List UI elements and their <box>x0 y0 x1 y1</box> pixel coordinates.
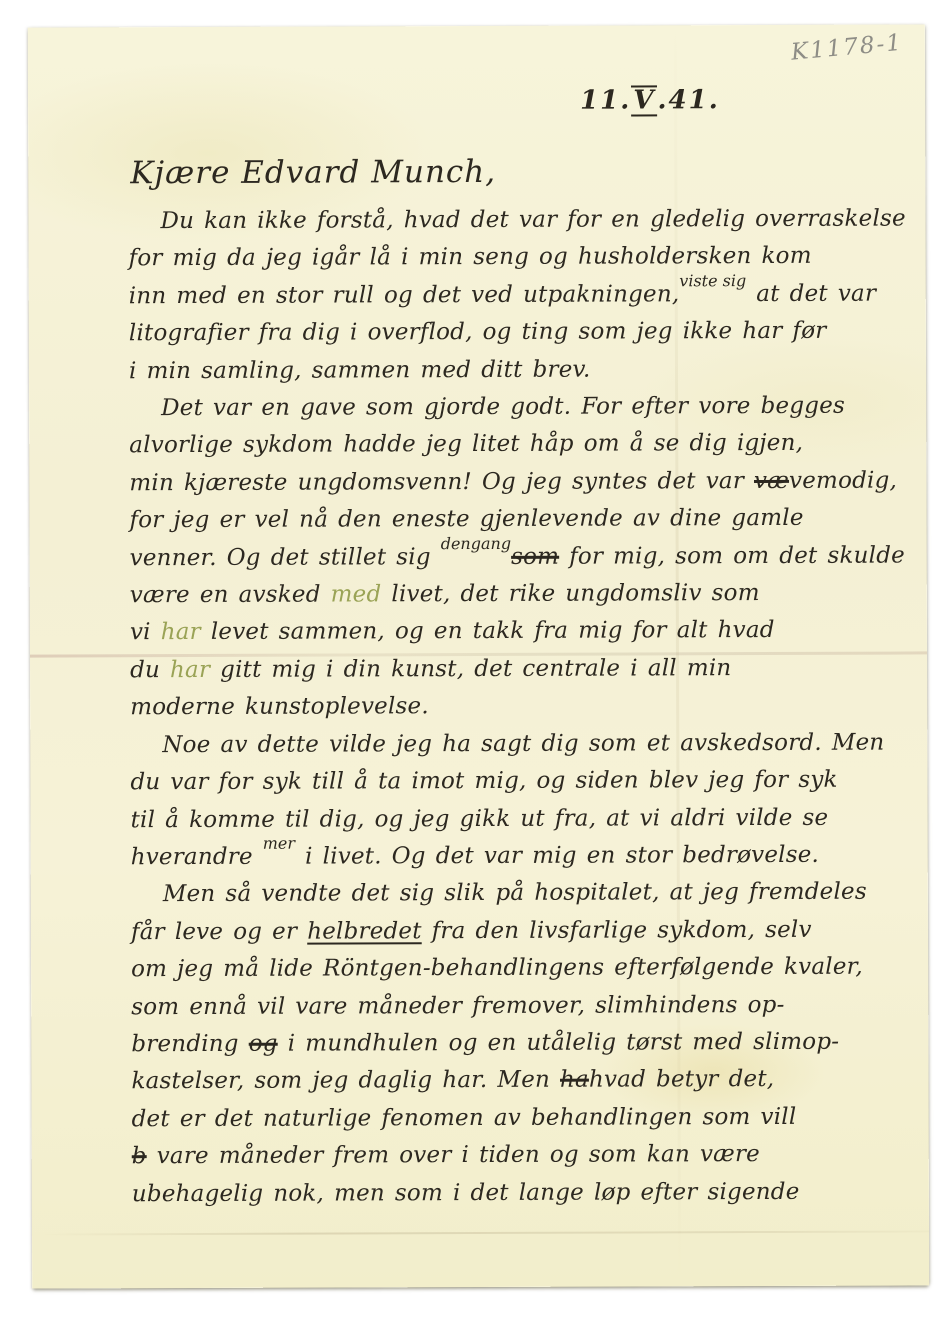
struck-word: ha <box>560 1067 589 1093</box>
text-segment: om jeg må lide Röntgen-behandlingens eft… <box>131 954 863 983</box>
letter-body: Du kan ikke forstå, hvad det var for en … <box>128 201 899 1214</box>
struck-word: væ <box>754 468 789 494</box>
letter-line: litografier fra dig i overflod, og ting … <box>129 313 896 353</box>
text-segment: fra den livsfarlige sykdom, selv <box>422 917 812 944</box>
letter-line: får leve og er helbredet fra den livsfar… <box>131 911 898 951</box>
text-segment: Noe av dette vilde jeg ha sagt dig som e… <box>162 729 884 758</box>
text-segment: min kjæreste ungdomsvenn! Og jeg syntes … <box>129 468 754 496</box>
underlined-word: helbredet <box>307 918 422 944</box>
text-segment: litografier fra dig i overflod, og ting … <box>129 318 827 346</box>
text-segment: du <box>130 657 170 683</box>
letter-line: hverandre mer i livet. Og det var mig en… <box>131 836 898 876</box>
text-segment: V <box>631 85 657 116</box>
text-segment: .41. <box>657 85 719 115</box>
letter-line: for mig da jeg igår lå i min seng og hus… <box>129 238 896 278</box>
struck-word: og <box>249 1031 278 1057</box>
text-segment: for mig da jeg igår lå i min seng og hus… <box>129 243 812 271</box>
letter-line: Noe av dette vilde jeg ha sagt dig som e… <box>130 724 897 764</box>
green-ink-word: har <box>161 619 201 645</box>
text-segment: brending <box>131 1031 248 1057</box>
text-segment: for jeg er vel nå den eneste gjenlevende… <box>129 505 803 533</box>
green-ink-word: med <box>331 581 382 607</box>
text-segment: livet, det rike ungdomsliv som <box>381 580 759 607</box>
archive-number: K1178-1 <box>790 30 904 66</box>
text-segment: gitt mig i din kunst, det centrale i all… <box>210 655 731 683</box>
letter-line: moderne kunstoplevelse. <box>130 687 897 727</box>
text-segment: vi <box>130 620 161 646</box>
text-segment: i min samling, sammen med ditt brev. <box>129 356 591 384</box>
letter-line: Men så vendte det sig slik på hospitalet… <box>131 874 898 914</box>
fold-crease-bottom <box>32 1230 929 1235</box>
letter-line: det er det naturlige fenomen av behandli… <box>132 1098 899 1138</box>
letter-line: inn med en stor rull og det ved utpaknin… <box>129 275 896 315</box>
text-segment: vemodig, <box>789 467 897 493</box>
letter-date: 11.V.41. <box>580 85 720 116</box>
letter-line: kastelser, som jeg daglig har. Men hahva… <box>131 1061 898 1101</box>
text-segment: 11. <box>580 85 631 115</box>
letter-line: min kjæreste ungdomsvenn! Og jeg syntes … <box>129 462 896 502</box>
text-segment: hvad betyr det, <box>589 1066 774 1093</box>
text-segment: som ennå vil vare måneder fremover, slim… <box>131 991 784 1019</box>
letter-line: b vare måneder frem over i tiden og som … <box>132 1136 899 1176</box>
text-segment: hverandre <box>131 844 263 870</box>
letter-line: du var for syk till å ta imot mig, og si… <box>130 762 897 802</box>
text-segment: kastelser, som jeg daglig har. Men <box>131 1067 560 1094</box>
struck-word: som <box>511 543 559 569</box>
text-segment: du var for syk till å ta imot mig, og si… <box>130 767 837 795</box>
green-ink-word: har <box>170 657 210 683</box>
letter-line: være en avsked med livet, det rike ungdo… <box>130 575 897 615</box>
text-segment: det er det naturlige fenomen av behandli… <box>132 1104 797 1132</box>
letter-line: til å komme til dig, og jeg gikk ut fra,… <box>131 799 898 839</box>
letter-page: K1178-1 11.V.41. Kjære Edvard Munch, Du … <box>28 24 929 1288</box>
text-segment: være en avsked <box>130 582 331 609</box>
letter-line: i min samling, sammen med ditt brev. <box>129 350 896 390</box>
text-segment: at det var <box>746 280 876 306</box>
struck-word: b <box>132 1143 147 1169</box>
letter-line: Du kan ikke forstå, hvad det var for en … <box>128 201 895 241</box>
text-segment: til å komme til dig, og jeg gikk ut fra,… <box>131 804 829 832</box>
letter-line: som ennå vil vare måneder fremover, slim… <box>131 986 898 1026</box>
text-segment: vare måneder frem over i tiden og som ka… <box>147 1141 760 1169</box>
letter-line: ubehagelig nok, men som i det lange løp … <box>132 1173 899 1213</box>
letter-line: venner. Og det stillet sig dengangsom fo… <box>130 537 897 577</box>
letter-line: vi har levet sammen, og en takk fra mig … <box>130 612 897 652</box>
text-segment: moderne kunstoplevelse. <box>130 693 429 720</box>
text-segment: alvorlige sykdom hadde jeg litet håp om … <box>129 430 803 458</box>
letter-line: du har gitt mig i din kunst, det central… <box>130 649 897 689</box>
text-segment: inn med en stor rull og det ved utpaknin… <box>129 281 680 309</box>
text-segment: ubehagelig nok, men som i det lange løp … <box>132 1178 800 1206</box>
text-segment: Det var en gave som gjorde godt. For eft… <box>161 393 845 421</box>
text-segment: i mundhulen og en utålelig tørst med sli… <box>278 1029 840 1057</box>
letter-line: om jeg må lide Röntgen-behandlingens eft… <box>131 949 898 989</box>
text-segment: Du kan ikke forstå, hvad det var for en … <box>160 206 905 235</box>
text-segment: får leve og er <box>131 918 307 945</box>
text-segment: Men så vendte det sig slik på hospitalet… <box>163 879 867 907</box>
letter-line: Det var en gave som gjorde godt. For eft… <box>129 388 896 428</box>
salutation: Kjære Edvard Munch, <box>130 154 496 191</box>
letter-line: alvorlige sykdom hadde jeg litet håp om … <box>129 425 896 465</box>
text-segment: for mig, som om det skulde <box>559 542 905 569</box>
letter-line: for jeg er vel nå den eneste gjenlevende… <box>129 500 896 540</box>
text-segment: levet sammen, og en takk fra mig for alt… <box>201 617 775 645</box>
text-segment: i livet. Og det var mig en stor bedrøvel… <box>295 842 819 870</box>
text-segment: venner. Og det stillet sig <box>130 544 441 571</box>
letter-line: brending og i mundhulen og en utålelig t… <box>131 1023 898 1063</box>
